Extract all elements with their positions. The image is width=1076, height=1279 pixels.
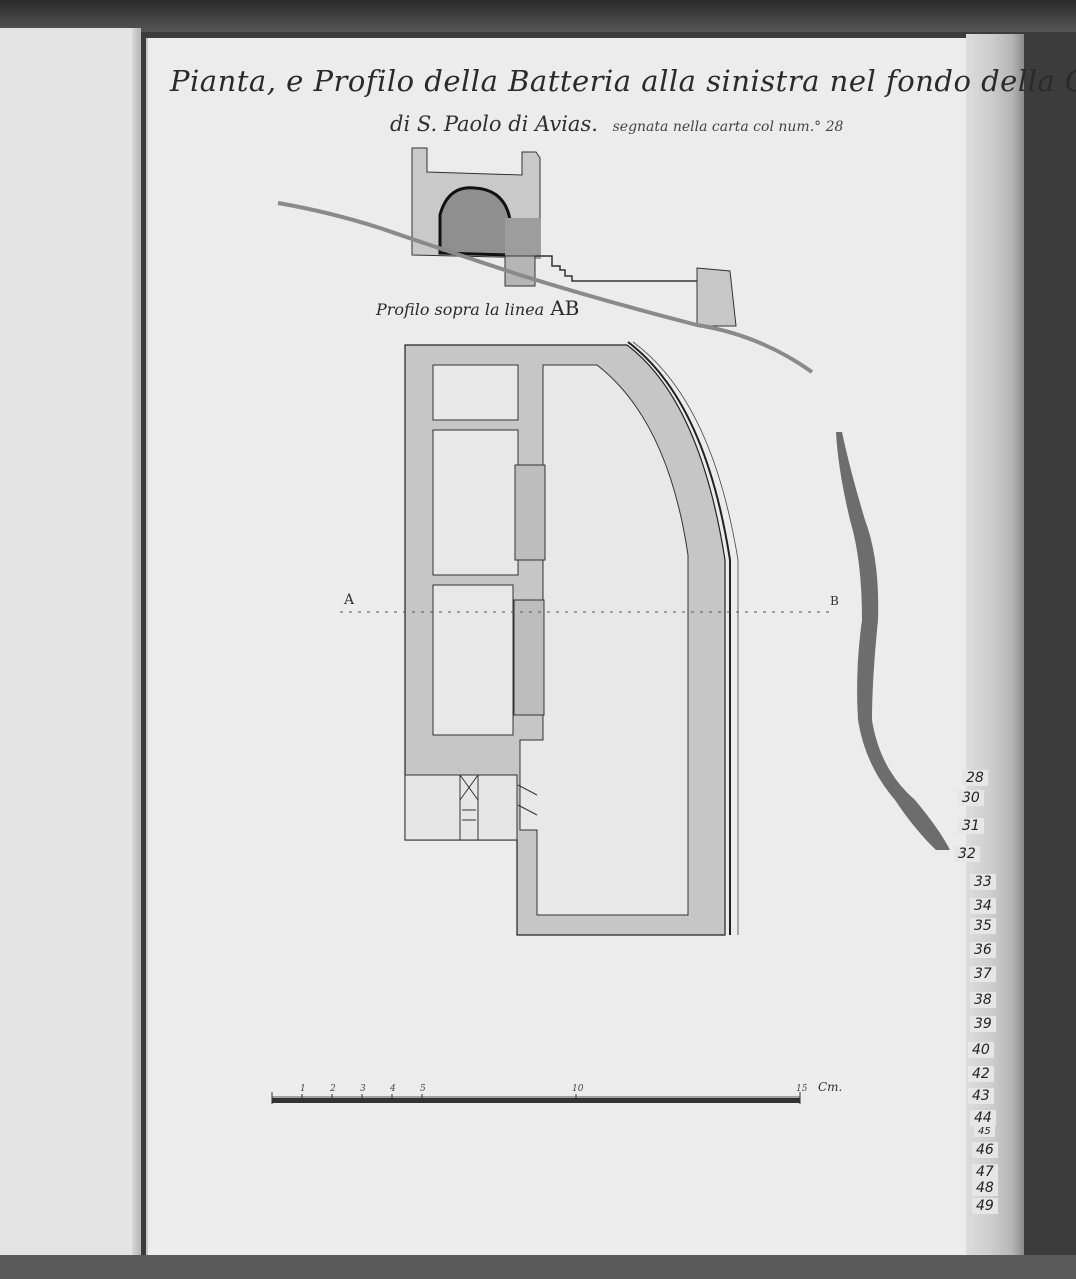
profile-elevation xyxy=(278,148,812,372)
edge-tab[interactable]: 49 xyxy=(972,1198,998,1214)
edge-tab[interactable]: 42 xyxy=(968,1066,994,1082)
edge-tab[interactable]: 37 xyxy=(970,966,996,982)
scale-unit: Cm. xyxy=(818,1080,842,1094)
edge-tab[interactable]: 28 xyxy=(962,770,988,786)
scale-tick-label: 1 xyxy=(300,1084,306,1094)
scale-bar xyxy=(272,1092,800,1104)
scale-tick-label: 15 xyxy=(796,1084,807,1094)
edge-tab[interactable]: 47 xyxy=(972,1164,998,1180)
profile-caption-text: Profilo sopra la linea xyxy=(376,300,544,319)
section-label-b: B xyxy=(830,594,839,608)
edge-tab[interactable]: 32 xyxy=(954,846,980,862)
edge-tab[interactable]: 38 xyxy=(970,992,996,1008)
edge-tab[interactable]: 36 xyxy=(970,942,996,958)
scale-tick-label: 5 xyxy=(420,1084,426,1094)
edge-tab[interactable]: 45 xyxy=(974,1126,995,1137)
edge-tab[interactable]: 34 xyxy=(970,898,996,914)
scale-tick-label: 4 xyxy=(390,1084,396,1094)
scale-tick-label: 2 xyxy=(330,1084,336,1094)
profile-caption-ab: AB xyxy=(550,296,579,320)
edge-tab[interactable]: 33 xyxy=(970,874,996,890)
coastline xyxy=(836,432,950,850)
edge-tab[interactable]: 46 xyxy=(972,1142,998,1158)
edge-tab[interactable]: 48 xyxy=(972,1180,998,1196)
edge-tab[interactable]: 43 xyxy=(968,1088,994,1104)
section-label-a: A xyxy=(344,592,354,608)
edge-tab[interactable]: 30 xyxy=(958,790,984,806)
architectural-drawing xyxy=(0,0,1076,1279)
edge-tab[interactable]: 31 xyxy=(958,818,984,834)
edge-tab[interactable]: 35 xyxy=(970,918,996,934)
edge-tab[interactable]: 39 xyxy=(970,1016,996,1032)
edge-tab[interactable]: 44 xyxy=(970,1110,996,1126)
profile-caption: Profilo sopra la lineaAB xyxy=(376,296,579,320)
scale-tick-label: 10 xyxy=(572,1084,583,1094)
scale-tick-label: 3 xyxy=(360,1084,366,1094)
edge-tab[interactable]: 40 xyxy=(968,1042,994,1058)
plan-view xyxy=(405,342,738,935)
